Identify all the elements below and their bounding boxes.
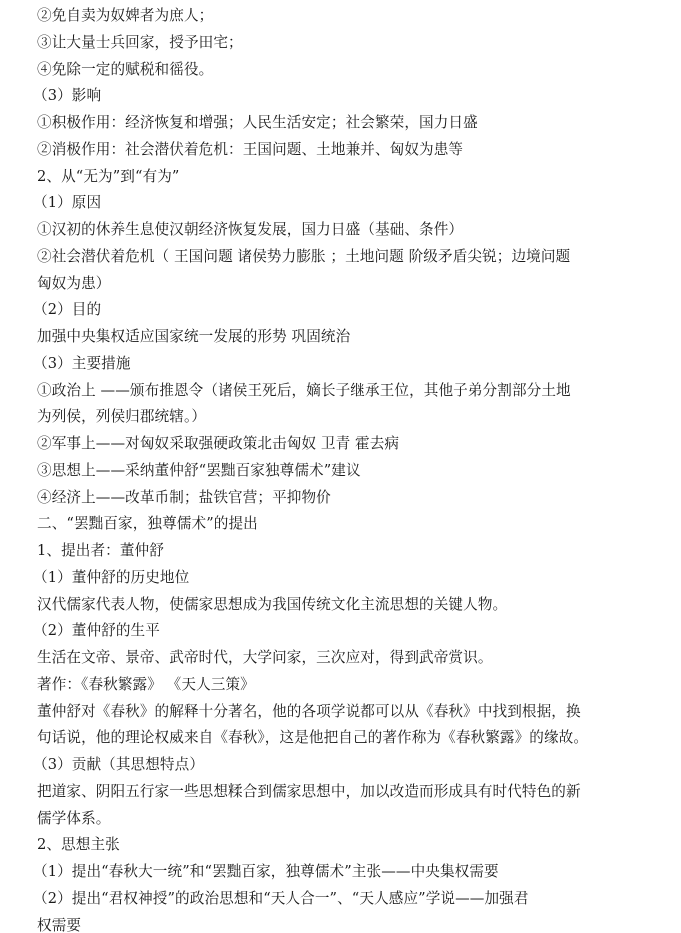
section-heading-confucianism: 二、“罢黜百家，独尊儒术”的提出 (37, 511, 637, 538)
measure-economy: ④经济上——改革币制；盐铁官营；平抑物价 (37, 485, 637, 512)
proposer-heading: 1、提出者：董仲舒 (37, 538, 637, 565)
measure-political: ①政治上 ——颁布推恩令（诸侯王死后，嫡长子继承王位，其他子弟分割部分土地 (37, 378, 637, 405)
positive-effect: ①积极作用：经济恢复和增强；人民生活安定；社会繁荣，国力日盛 (37, 110, 637, 137)
purpose-text: 加强中央集权适应国家统一发展的形势 巩固统治 (37, 324, 637, 351)
subheading-contribution: （3）贡献（其思想特点） (33, 752, 637, 779)
biography-text: 生活在文帝、景帝、武帝时代，大学问家，三次应对，得到武帝赏识。 (37, 645, 637, 672)
measure-political-continued: 为列侯，列侯归郡统辖。） (37, 404, 637, 431)
measure-military: ②军事上——对匈奴采取强硬政策北击匈奴 卫青 霍去病 (37, 431, 637, 458)
section-heading-wuwei-youwei: 2、从“无为”到“有为” (37, 164, 637, 191)
reason-2-continued: 匈奴为患） (37, 271, 637, 298)
subheading-measures: （3）主要措施 (33, 351, 637, 378)
idea-1: （1）提出“春秋大一统”和“罢黜百家，独尊儒术”主张——中央集权需要 (33, 859, 637, 886)
reason-2: ②社会潜伏着危机（ 王国问题 诸侯势力膨胀 ；土地问题 阶级矛盾尖锐；边境问题 (37, 244, 637, 271)
chunqiu-paragraph-continued: 句话说，他的理论权威来自《春秋》，这是他把自己的著作称为《春秋繁露》的缘故。 (37, 725, 637, 752)
contribution-text-continued: 儒学体系。 (37, 806, 637, 833)
idea-2-continued: 权需要 (37, 913, 637, 933)
document-page: ②免自卖为奴婢者为庶人； ③让大量士兵回家，授予田宅； ④免除一定的赋税和徭役。… (37, 3, 637, 933)
subheading-impact: （3）影响 (33, 83, 637, 110)
list-item-3: ③让大量士兵回家，授予田宅； (37, 30, 637, 57)
chunqiu-paragraph: 董仲舒对《春秋》的解释十分著名，他的各项学说都可以从《春秋》中找到根据，换 (37, 699, 637, 726)
subheading-historical-status: （1）董仲舒的历史地位 (33, 565, 637, 592)
negative-effect: ②消极作用：社会潜伏着危机：王国问题、土地兼并、匈奴为患等 (37, 137, 637, 164)
reason-1: ①汉初的休养生息使汉朝经济恢复发展，国力日盛（基础、条件） (37, 217, 637, 244)
list-item-4: ④免除一定的赋税和徭役。 (37, 57, 637, 84)
historical-status-text: 汉代儒家代表人物，使儒家思想成为我国传统文化主流思想的关键人物。 (37, 592, 637, 619)
subheading-purpose: （2）目的 (33, 297, 637, 324)
measure-ideology: ③思想上——采纳董仲舒“罢黜百家独尊儒术”建议 (37, 458, 637, 485)
idea-2: （2）提出“君权神授”的政治思想和“天人合一”、“天人感应”学说——加强君 (33, 886, 637, 913)
subheading-reasons: （1）原因 (33, 190, 637, 217)
ideas-heading: 2、思想主张 (37, 832, 637, 859)
list-item-2: ②免自卖为奴婢者为庶人； (37, 3, 637, 30)
works-text: 著作：《春秋繁露》 《天人三策》 (37, 672, 637, 699)
subheading-biography: （2）董仲舒的生平 (33, 618, 637, 645)
contribution-text: 把道家、阴阳五行家一些思想糅合到儒家思想中，加以改造而形成具有时代特色的新 (37, 779, 637, 806)
